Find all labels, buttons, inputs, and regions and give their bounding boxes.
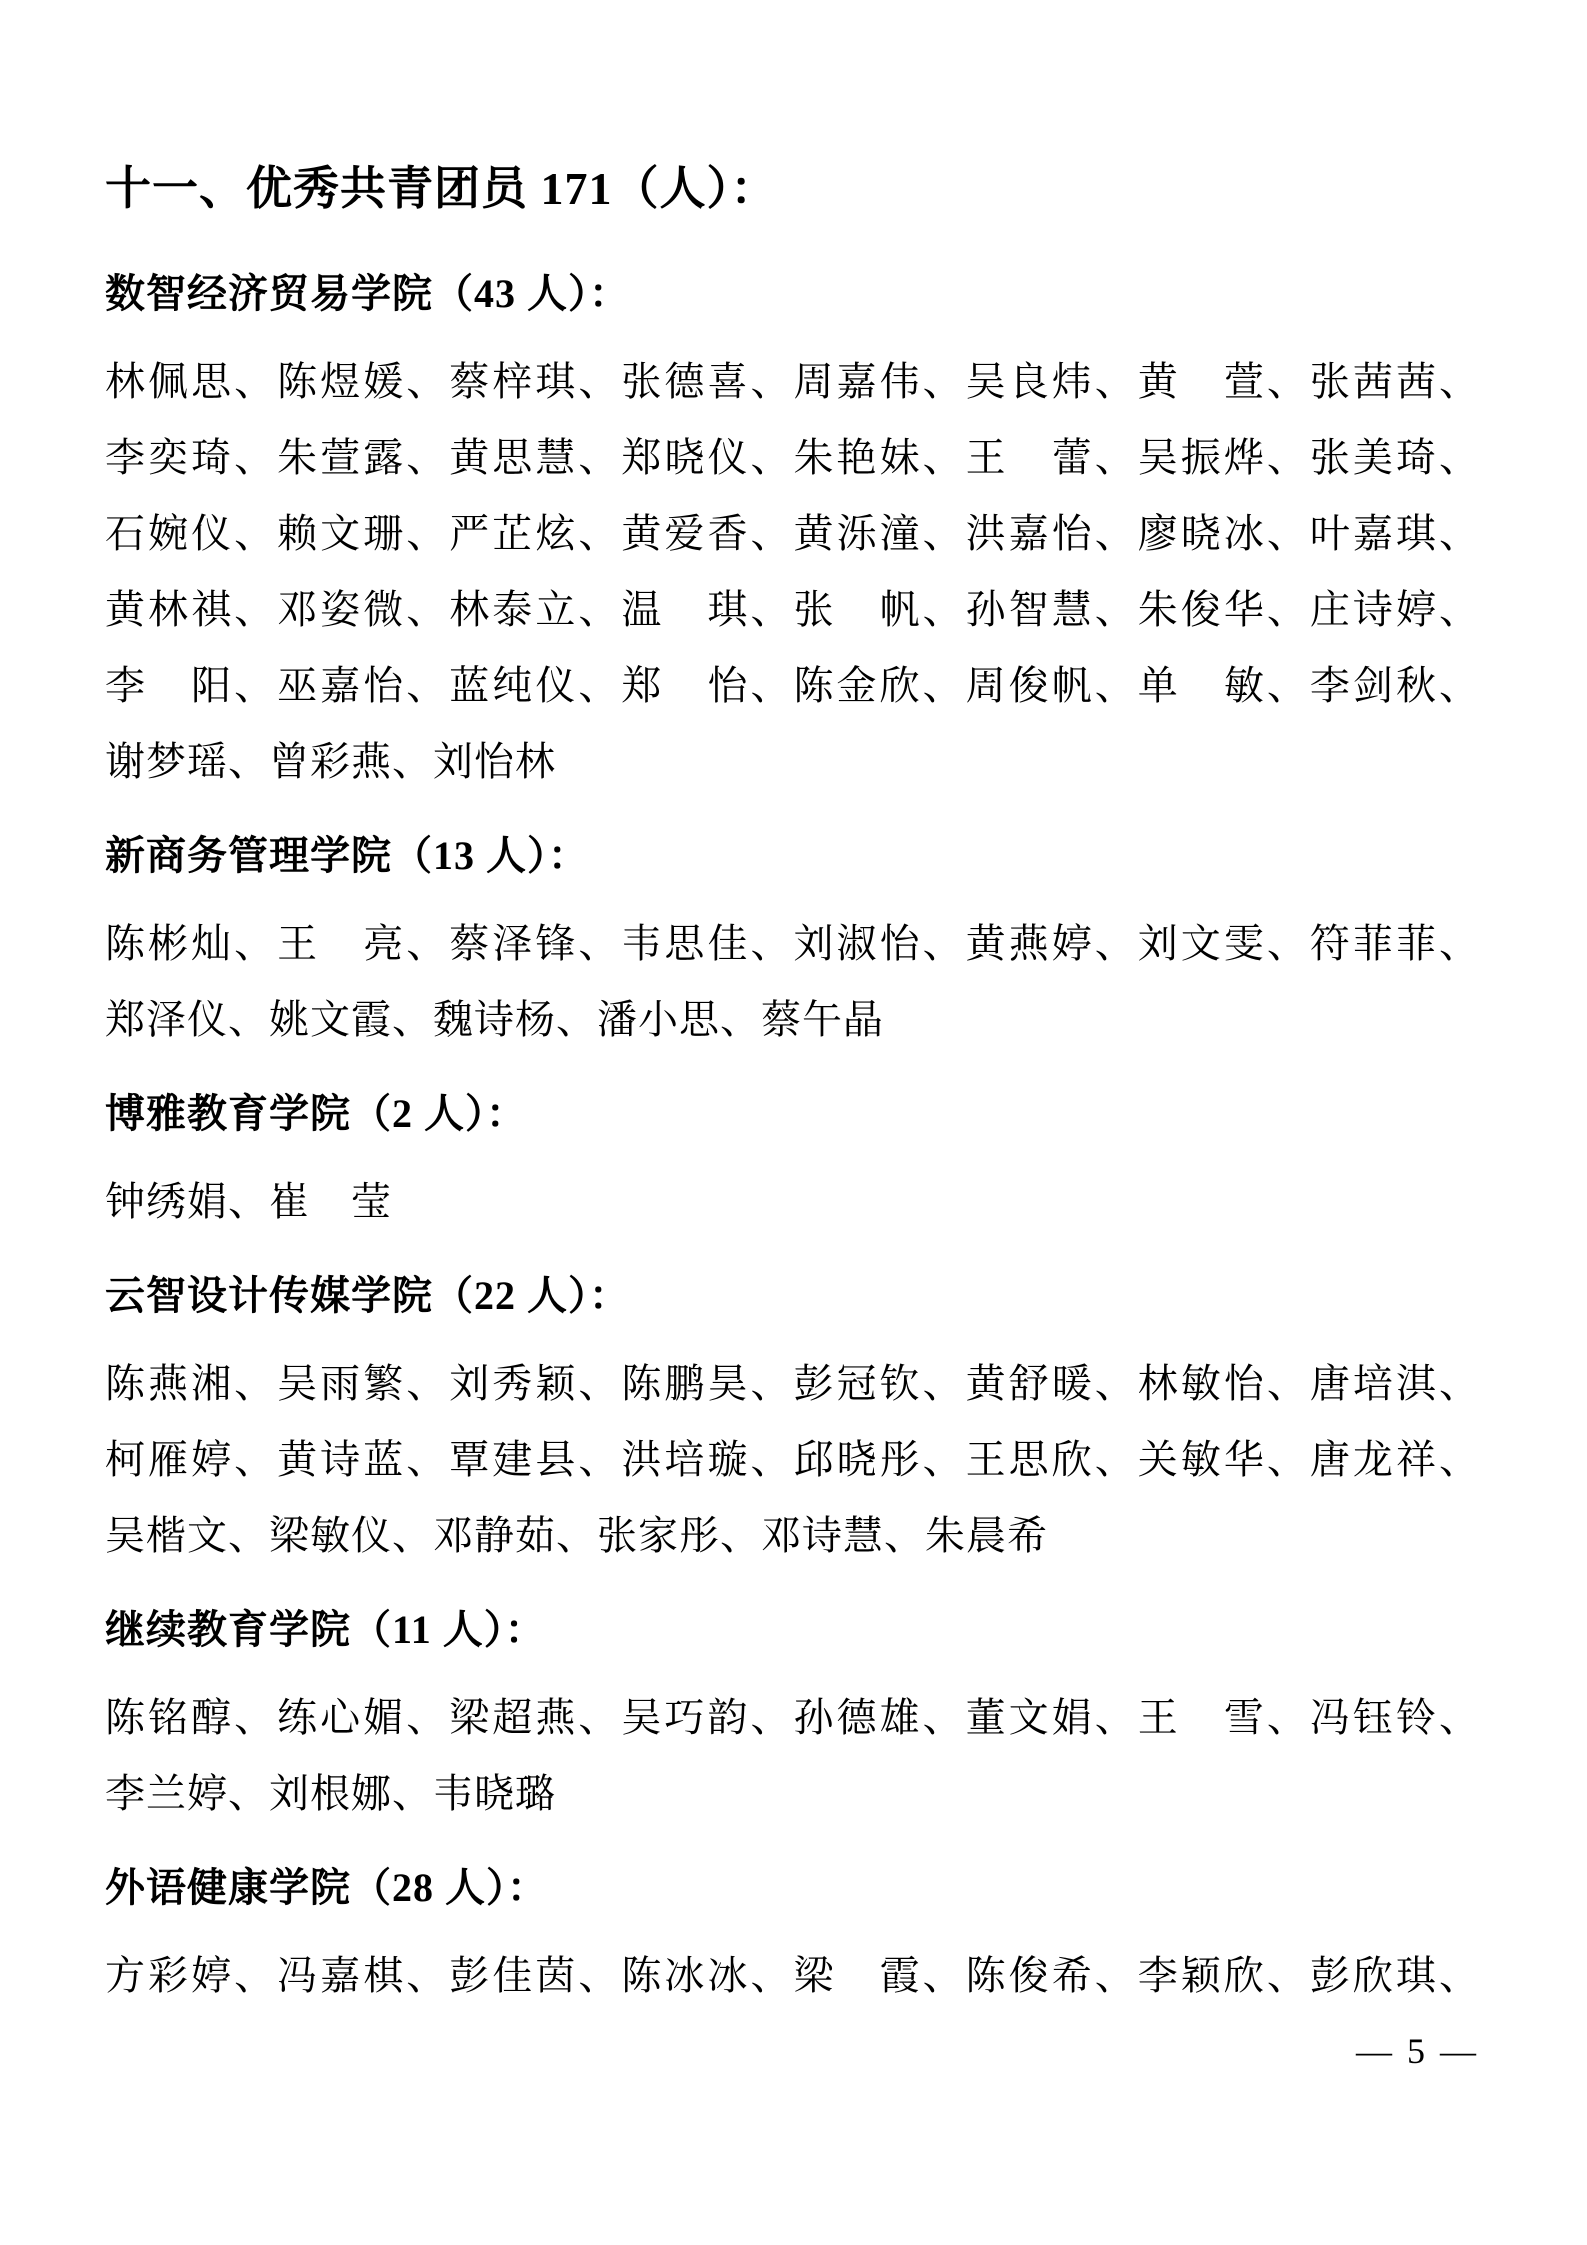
name-line: 石婉仪、赖文珊、严芷炫、黄爱香、黄泺潼、洪嘉怡、廖晓冰、叶嘉琪、	[105, 496, 1480, 572]
name-line: 方彩婷、冯嘉棋、彭佳茵、陈冰冰、梁 霞、陈俊希、李颖欣、彭欣琪、	[105, 1938, 1480, 2014]
name-line: 陈铭醇、练心媚、梁超燕、吴巧韵、孙德雄、董文娟、王 雪、冯钰铃、	[105, 1680, 1480, 1756]
name-line: 柯雁婷、黄诗蓝、覃建县、洪培璇、邱晓彤、王思欣、关敏华、唐龙祥、	[105, 1422, 1480, 1498]
name-line: 李 阳、巫嘉怡、蓝纯仪、郑 怡、陈金欣、周俊帆、单 敏、李剑秋、	[105, 648, 1480, 724]
college-section: 云智设计传媒学院（22 人）：陈燕湘、吴雨繁、刘秀颖、陈鹏昊、彭冠钦、黄舒暖、林…	[105, 1258, 1480, 1574]
section-header: 新商务管理学院（13 人）：	[105, 818, 1480, 894]
section-header: 博雅教育学院（2 人）：	[105, 1076, 1480, 1152]
name-line: 吴楷文、梁敏仪、邓静茹、张家彤、邓诗慧、朱晨希	[105, 1498, 1480, 1574]
college-section: 新商务管理学院（13 人）：陈彬灿、王 亮、蔡泽锋、韦思佳、刘淑怡、黄燕婷、刘文…	[105, 818, 1480, 1058]
college-section: 外语健康学院（28 人）：方彩婷、冯嘉棋、彭佳茵、陈冰冰、梁 霞、陈俊希、李颖欣…	[105, 1850, 1480, 2014]
section-header: 继续教育学院（11 人）：	[105, 1592, 1480, 1668]
name-line: 李奕琦、朱萱露、黄思慧、郑晓仪、朱艳妹、王 蕾、吴振烨、张美琦、	[105, 420, 1480, 496]
name-line: 林佩思、陈煜媛、蔡梓琪、张德喜、周嘉伟、吴良炜、黄 萱、张茜茜、	[105, 344, 1480, 420]
page-title: 十一、优秀共青团员 171（人）：	[105, 148, 1480, 230]
name-line: 陈彬灿、王 亮、蔡泽锋、韦思佳、刘淑怡、黄燕婷、刘文雯、符菲菲、	[105, 906, 1480, 982]
college-section: 数智经济贸易学院（43 人）：林佩思、陈煜媛、蔡梓琪、张德喜、周嘉伟、吴良炜、黄…	[105, 256, 1480, 800]
name-line: 黄林祺、邓姿微、林泰立、温 琪、张 帆、孙智慧、朱俊华、庄诗婷、	[105, 572, 1480, 648]
section-header: 外语健康学院（28 人）：	[105, 1850, 1480, 1926]
college-section: 继续教育学院（11 人）：陈铭醇、练心媚、梁超燕、吴巧韵、孙德雄、董文娟、王 雪…	[105, 1592, 1480, 1832]
name-line: 李兰婷、刘根娜、韦晓璐	[105, 1756, 1480, 1832]
section-header: 云智设计传媒学院（22 人）：	[105, 1258, 1480, 1334]
college-section: 博雅教育学院（2 人）：钟绣娟、崔 莹	[105, 1076, 1480, 1240]
name-line: 谢梦瑶、曾彩燕、刘怡林	[105, 724, 1480, 800]
sections-container: 数智经济贸易学院（43 人）：林佩思、陈煜媛、蔡梓琪、张德喜、周嘉伟、吴良炜、黄…	[105, 256, 1480, 2014]
name-line: 郑泽仪、姚文霞、魏诗杨、潘小思、蔡午晶	[105, 982, 1480, 1058]
name-line: 陈燕湘、吴雨繁、刘秀颖、陈鹏昊、彭冠钦、黄舒暖、林敏怡、唐培淇、	[105, 1346, 1480, 1422]
document-page: 十一、优秀共青团员 171（人）： 数智经济贸易学院（43 人）：林佩思、陈煜媛…	[0, 0, 1587, 2245]
page-number: — 5 —	[1356, 2030, 1479, 2072]
name-line: 钟绣娟、崔 莹	[105, 1164, 1480, 1240]
section-header: 数智经济贸易学院（43 人）：	[105, 256, 1480, 332]
